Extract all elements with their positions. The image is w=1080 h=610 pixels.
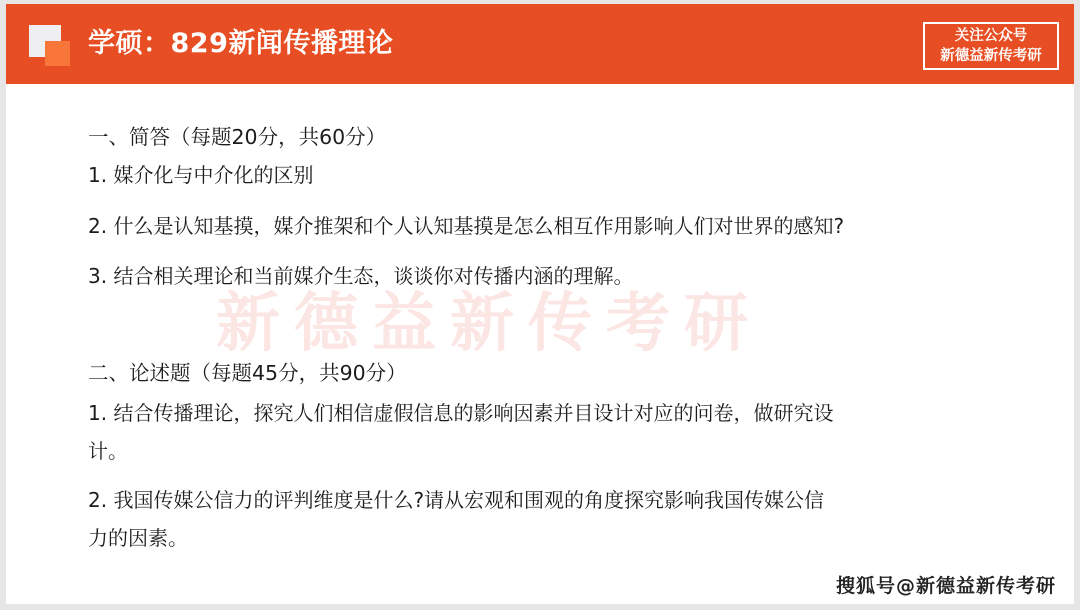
overlapping-squares-icon xyxy=(29,25,71,67)
page-title: 学硕：829新闻传播理论 xyxy=(88,24,393,64)
question-2-2-line-1: 2. 我国传媒公信力的评判维度是什么?请从宏观和围观的角度探究影响我国传媒公信 xyxy=(88,486,824,514)
question-1-2: 2. 什么是认知基摸，媒介推架和个人认知基摸是怎么相互作用影响人们对世界的感知? xyxy=(88,212,844,240)
question-2-2-line-2: 力的因素。 xyxy=(88,524,188,552)
question-2-1-line-2: 计。 xyxy=(88,437,128,465)
section-heading-essay: 二、论述题（每题45分，共90分） xyxy=(88,359,407,387)
slide: 学硕：829新闻传播理论 关注公众号 新德益新传考研 新德益新传考研 一、简答（… xyxy=(6,4,1074,604)
badge-line-1: 关注公众号 xyxy=(925,26,1057,46)
header-bar: 学硕：829新闻传播理论 关注公众号 新德益新传考研 xyxy=(6,4,1074,84)
section-heading-short-answer: 一、简答（每题20分，共60分） xyxy=(88,123,386,151)
question-1-1: 1. 媒介化与中介化的区别 xyxy=(88,161,313,189)
badge-line-2: 新德益新传考研 xyxy=(925,46,1057,66)
question-2-1-line-1: 1. 结合传播理论，探究人们相信虚假信息的影响因素并目设计对应的问卷，做研究设 xyxy=(88,399,833,427)
follow-account-badge: 关注公众号 新德益新传考研 xyxy=(923,22,1059,70)
source-watermark: 搜狐号@新德益新传考研 xyxy=(836,571,1056,598)
question-1-3: 3. 结合相关理论和当前媒介生态，谈谈你对传播内涵的理解。 xyxy=(88,262,633,290)
logo-square-front xyxy=(45,41,70,66)
